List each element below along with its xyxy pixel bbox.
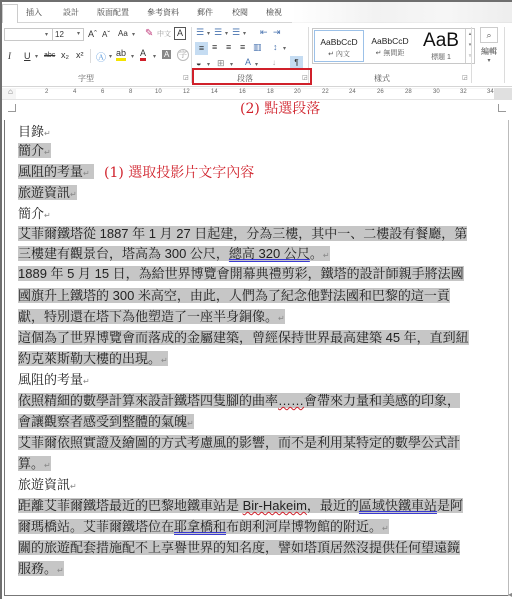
editing-button[interactable]: ⌕ 編輯 ▾ (476, 27, 502, 73)
doc-line[interactable]: 旅遊資訊↵ (18, 475, 77, 496)
asian-layout-dropdown-icon[interactable]: ▾ (255, 61, 258, 68)
indent-marker-icon[interactable]: ⌂ (8, 87, 13, 96)
doc-line[interactable]: 目錄↵ (18, 122, 51, 143)
doc-line[interactable]: 簡介↵ (18, 141, 51, 162)
ruler-tick: 6 (101, 89, 104, 95)
ruler-tick: 12 (183, 89, 190, 95)
distributed-button[interactable]: ▥ (253, 42, 262, 53)
shading-dropdown-icon[interactable]: ▾ (207, 61, 210, 68)
separator (471, 27, 472, 83)
paragraph-mark: ↵ (57, 566, 64, 575)
ruler-tick: 22 (322, 89, 329, 95)
justify-button[interactable]: ≡ (240, 42, 245, 52)
doc-line[interactable]: 旅遊資訊↵ (18, 183, 77, 204)
doc-line[interactable]: 風阻的考量↵ (18, 162, 94, 183)
margin-corner-tl (8, 104, 16, 112)
line-spacing-dropdown-icon[interactable]: ▾ (283, 45, 286, 52)
paragraph-mark: ↵ (323, 251, 330, 260)
bullets-button[interactable]: ☰ (196, 27, 204, 38)
title-decoration (292, 2, 512, 23)
superscript-button[interactable]: x² (76, 50, 84, 60)
paragraph-group-highlight (192, 68, 312, 85)
tab-insert[interactable]: 插入 (26, 7, 42, 18)
scroll-down-icon[interactable]: ▾ (466, 40, 474, 51)
font-color-dropdown-icon[interactable]: ▾ (153, 53, 156, 60)
tab-review[interactable]: 校閱 (232, 7, 248, 18)
separator (504, 27, 505, 83)
enclose-characters-button[interactable]: 字 (177, 49, 189, 61)
align-left-button[interactable]: ≡ (195, 42, 208, 55)
subscript-button[interactable]: x₂ (61, 50, 69, 60)
ruler-tick: 24 (349, 89, 356, 95)
page-edge (4, 120, 5, 596)
tab-view[interactable]: 檢視 (266, 7, 282, 18)
editing-dropdown-icon: ▾ (476, 57, 502, 64)
borders-dropdown-icon[interactable]: ▾ (230, 61, 233, 68)
spelling-underline: Bir-Hakeim (243, 498, 307, 513)
page-edge (4, 595, 508, 596)
style-name: 標題 1 (416, 52, 466, 62)
multilevel-dropdown-icon[interactable]: ▾ (243, 30, 246, 37)
phonetic-guide-button[interactable]: 中文 (157, 29, 171, 39)
separator (90, 49, 91, 63)
paragraph-mark: ↵ (278, 314, 285, 323)
doc-line[interactable]: 獻，特別還在塔下為他塑造了一座半身銅像。↵ (18, 307, 285, 328)
ruler-tick: 14 (211, 89, 218, 95)
change-case-dropdown-icon[interactable]: ▾ (132, 31, 135, 38)
ruler-tick: 20 (294, 89, 301, 95)
bullets-dropdown-icon[interactable]: ▾ (207, 30, 210, 37)
font-size-value: 12 (55, 30, 64, 39)
styles-scrollbar[interactable]: ▴ ▾ ▿ (465, 29, 474, 63)
style-sample: AaBbCcD (365, 36, 415, 46)
underline-dropdown-icon[interactable]: ▾ (35, 53, 38, 60)
change-case-button[interactable]: Aa (118, 29, 128, 38)
spelling-underline: …… (278, 393, 304, 408)
doc-line[interactable]: 艾菲爾鐵塔從 1887 年 1 月 27 日起建，分為三樓，其中一、二樓設有餐廳… (18, 224, 467, 243)
clear-formatting-icon[interactable]: ✎ (145, 28, 153, 39)
sort-button[interactable]: ↓ (272, 58, 276, 67)
font-group-label: 字型 (78, 73, 94, 84)
doc-line[interactable]: 算。↵ (18, 454, 51, 475)
multilevel-list-button[interactable]: ☰ (232, 27, 240, 38)
asian-layout-button[interactable]: A (245, 57, 251, 67)
font-size-box[interactable]: 12▾ (52, 28, 84, 41)
style-heading-1[interactable]: AaB 標題 1 (416, 30, 466, 62)
paragraph-mark: ↵ (382, 524, 389, 533)
resize-handle-icon[interactable]: ◂ (508, 590, 512, 599)
paragraph-mark: ↵ (44, 129, 51, 138)
styles-gallery: AaBbCcD ↵ 內文 AaBbCcD ↵ 無間距 AaB 標題 1 ▴ ▾ … (312, 28, 475, 64)
ruler-tick: 16 (239, 89, 246, 95)
tab-layout[interactable]: 版面配置 (97, 7, 129, 18)
grammar-underline: 總高 320 公尺 (229, 246, 310, 261)
ruler-tick: 4 (73, 89, 76, 95)
numbering-dropdown-icon[interactable]: ▾ (225, 30, 228, 37)
ruler-tick: 34 (487, 89, 494, 95)
ruler-right-indent[interactable] (494, 88, 512, 100)
style-no-spacing[interactable]: AaBbCcD ↵ 無間距 (365, 30, 415, 62)
doc-line[interactable]: 依照精細的數學計算來設計鐵塔四隻腳的曲率……會帶來力量和美感的印象， (18, 391, 460, 410)
ruler-tick: 2 (45, 89, 48, 95)
text-effects-button[interactable]: Ⓐ (96, 49, 106, 64)
doc-line[interactable]: 距離艾菲爾鐵塔最近的巴黎地鐵車站是 Bir-Hakeim，最近的區域快鐵車站是阿 (18, 496, 463, 515)
style-normal[interactable]: AaBbCcD ↵ 內文 (314, 30, 364, 62)
paragraph-mark: ↵ (70, 482, 77, 491)
ruler-tick: 10 (155, 89, 162, 95)
font-name-dropdown-icon[interactable]: ▾ (45, 31, 48, 38)
margin-corner-tr (498, 104, 506, 112)
ribbon-tab-bar: 插入 設計 版面配置 參考資料 郵件 校閱 檢視 (2, 2, 512, 23)
doc-line[interactable]: 約克萊斯勒大樓的出現。↵ (18, 349, 168, 370)
page-edge (508, 120, 509, 596)
line-spacing-button[interactable]: ↕ (273, 42, 278, 52)
paragraph-mark: ↵ (44, 461, 51, 470)
paragraph-mark: ↵ (83, 169, 90, 178)
style-name: ↵ 無間距 (365, 48, 415, 58)
style-name: ↵ 內文 (315, 49, 363, 59)
paragraph-mark: ↵ (44, 211, 51, 220)
grammar-underline: 區域快鐵車站 (359, 498, 437, 513)
shrink-font-button[interactable]: Aˇ (102, 30, 110, 39)
decrease-indent-button[interactable]: ⇤ (260, 27, 268, 38)
scroll-up-icon[interactable]: ▴ (466, 29, 474, 40)
paragraph-mark: ↵ (70, 190, 77, 199)
doc-line[interactable]: 1889 年 5 月 15 日，為給世界博覽會開幕典禮剪彩，鐵塔的設計師親手將法… (18, 264, 464, 283)
ruler-tick: 18 (267, 89, 274, 95)
paragraph-mark: ↵ (161, 356, 168, 365)
doc-line[interactable]: 三樓建有觀景台，塔高為 300 公尺，總高 320 公尺。↵ (18, 244, 330, 265)
annotation-step2: (2) 點選段落 (240, 98, 320, 118)
ruler-tick: 32 (460, 89, 467, 95)
doc-line[interactable]: 簡介↵ (18, 204, 51, 225)
ruler-tick: 26 (377, 89, 384, 95)
font-dialog-launcher[interactable]: ◲ (183, 74, 189, 81)
numbering-button[interactable]: ☰ (214, 27, 222, 38)
grammar-underline: 耶拿橋和 (174, 519, 226, 534)
highlight-color-button[interactable]: ab (116, 49, 126, 61)
more-styles-icon[interactable]: ▿ (466, 51, 474, 62)
paragraph-mark: ↵ (187, 419, 194, 428)
doc-line[interactable]: 這個為了世界博覽會而落成的金屬建築，曾經保持世界最高建築 45 年，直到紐 (18, 328, 469, 347)
paragraph-mark: ↵ (83, 377, 90, 386)
font-color-button[interactable]: A (140, 49, 146, 61)
increase-indent-button[interactable]: ⇥ (273, 27, 281, 38)
doc-line[interactable]: 服務。↵ (18, 559, 64, 580)
strikethrough-button[interactable]: abc (44, 52, 55, 59)
doc-line[interactable]: 國旗升上鐵塔的 300 米高空，由此，人們為了紀念他對法國和巴黎的這一貢 (18, 286, 450, 305)
text-effects-dropdown-icon[interactable]: ▾ (109, 53, 112, 60)
binoculars-icon: ⌕ (480, 27, 498, 43)
ruler-tick: 8 (129, 89, 132, 95)
style-sample: AaBbCcD (315, 37, 363, 47)
grow-font-button[interactable]: Aˆ (88, 29, 97, 39)
doc-line[interactable]: 爾瑪橋站。艾菲爾鐵塔位在耶拿橋和布朗利河岸博物館的附近。↵ (18, 517, 389, 538)
italic-button[interactable]: I (8, 51, 11, 61)
styles-group-label: 樣式 (374, 73, 390, 84)
shading-button[interactable]: ◒ (196, 58, 201, 68)
doc-line[interactable]: 風阻的考量↵ (18, 370, 90, 391)
highlight-dropdown-icon[interactable]: ▾ (131, 53, 134, 60)
style-sample: AaB (416, 31, 466, 51)
font-size-dropdown-icon[interactable]: ▾ (77, 29, 80, 40)
ruler-tick: 30 (433, 89, 440, 95)
tab-home[interactable] (2, 4, 18, 24)
doc-line[interactable]: 關的旅遊配套措施配不上享譽世界的知名度，譬如塔頂居然沒提供任何望遠鏡 (18, 538, 460, 557)
tab-references[interactable]: 參考資料 (147, 7, 179, 18)
doc-line[interactable]: 艾菲爾依照實證及繪圖的方式考慮風的影響，而不是利用某特定的數學公式計 (18, 433, 460, 452)
align-center-button[interactable]: ≡ (212, 42, 217, 52)
doc-line[interactable]: 會讓觀察者感受到整體的氣魄↵ (18, 412, 194, 433)
ruler-tick: 28 (405, 89, 412, 95)
tab-mailings[interactable]: 郵件 (197, 7, 213, 18)
character-shading-button[interactable]: A (162, 50, 171, 59)
character-border-button[interactable]: A (174, 27, 186, 40)
underline-button[interactable]: U (24, 51, 31, 61)
paragraph-mark: ↵ (44, 148, 51, 157)
annotation-step1: (1) 選取投影片文字內容 (104, 162, 254, 182)
tab-design[interactable]: 設計 (63, 7, 79, 18)
editing-label: 編輯 (476, 46, 502, 57)
align-right-button[interactable]: ≡ (226, 42, 231, 52)
styles-dialog-launcher[interactable]: ◲ (462, 74, 468, 81)
